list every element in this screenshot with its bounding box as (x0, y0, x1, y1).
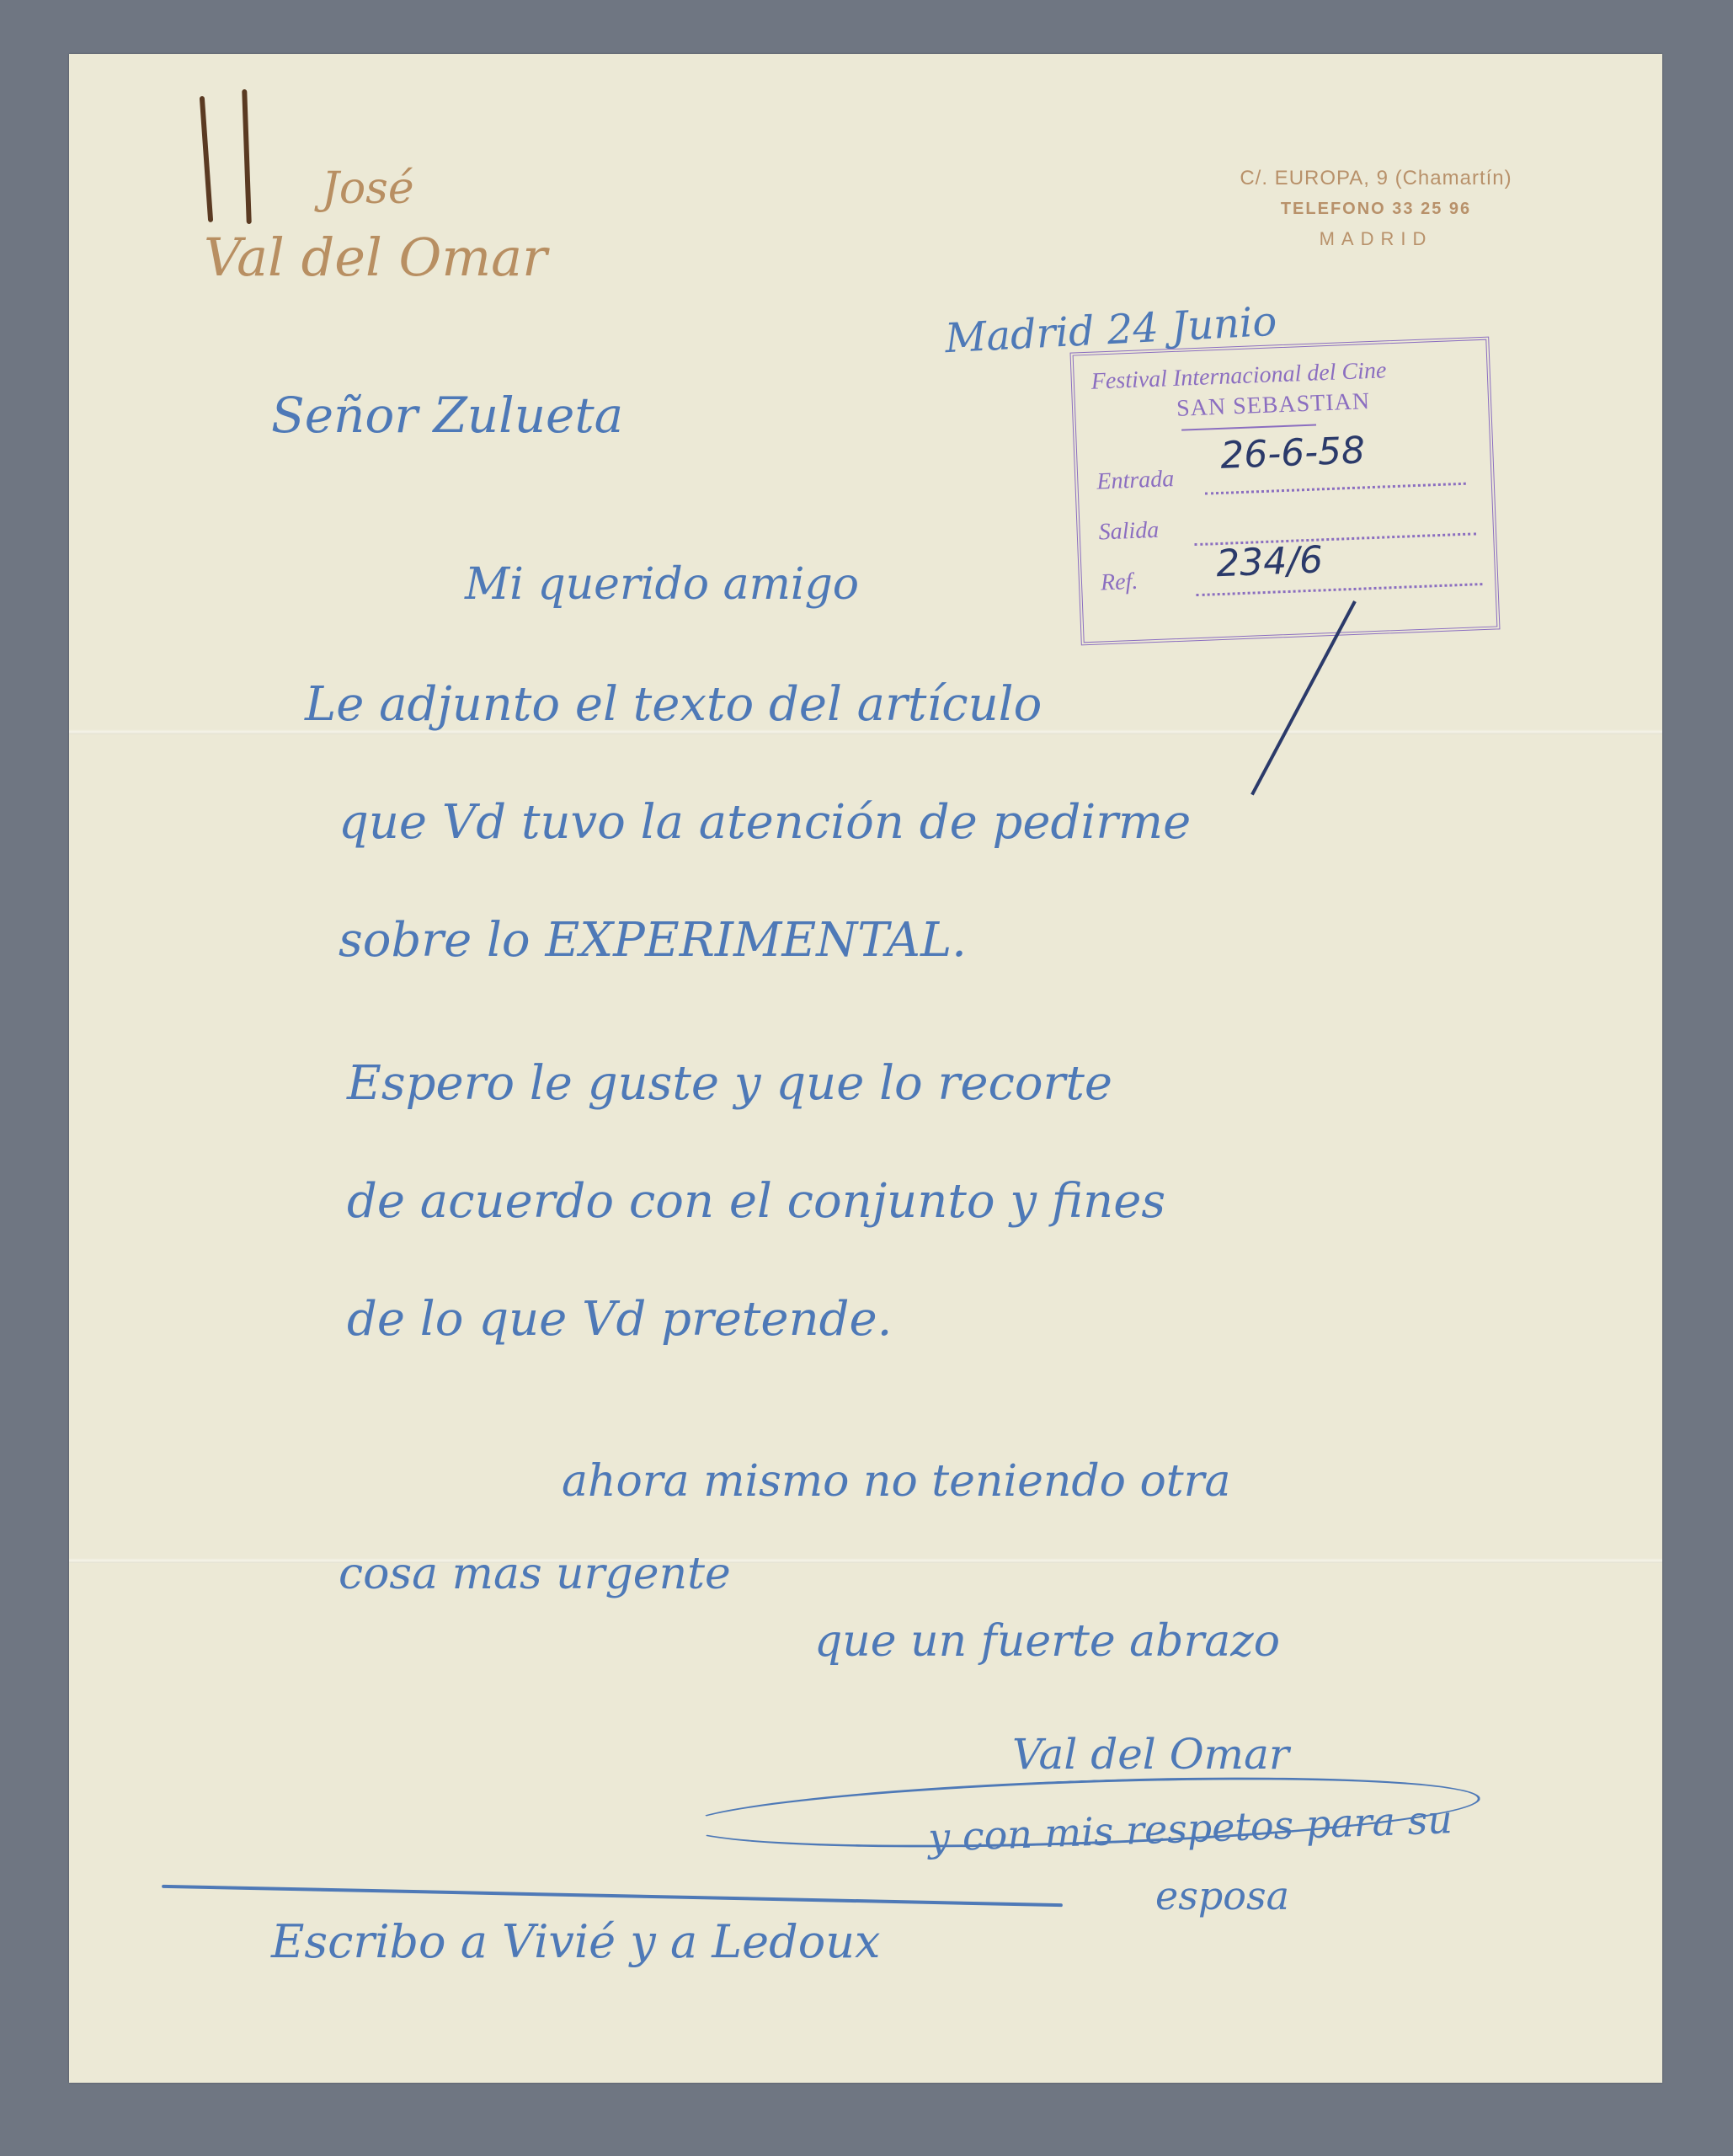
body-line: de lo que Vd pretende. (347, 1292, 892, 1347)
letterhead-address: C/. EUROPA, 9 (Chamartín) TELEFONO 33 25… (1174, 163, 1578, 254)
city-line: MADRID (1174, 224, 1578, 254)
letterhead-first-name: José (322, 163, 414, 214)
stamp-value-ref: 234/6 (1215, 538, 1324, 585)
postscript-divider (162, 1885, 1063, 1907)
body-line: cosa mas urgente (339, 1549, 731, 1599)
salutation: Señor Zulueta (271, 387, 623, 444)
stamp-label-salida: Salida (1098, 517, 1160, 547)
fold-line (69, 1558, 1662, 1563)
phone-line: TELEFONO 33 25 96 (1174, 194, 1578, 224)
closing-note-line: esposa (1155, 1873, 1289, 1919)
postscript: Escribo a Vivié y a Ledoux (271, 1915, 880, 1968)
reception-stamp: Festival Internacional del Cine SAN SEBA… (1070, 337, 1501, 646)
stamp-subtitle: SAN SEBASTIAN (1176, 388, 1371, 423)
body-line: que un fuerte abrazo (814, 1616, 1280, 1667)
letterhead-last-name: Val del Omar (204, 227, 547, 288)
signature: Val del Omar (1012, 1730, 1289, 1779)
body-line: de acuerdo con el conjunto y fines (347, 1174, 1165, 1229)
address-line: C/. EUROPA, 9 (Chamartín) (1174, 163, 1578, 194)
archive-marks (195, 96, 263, 231)
body-line: Le adjunto el texto del artículo (305, 677, 1042, 732)
stamp-label-ref: Ref. (1100, 568, 1138, 597)
body-line: Espero le guste y que lo recorte (347, 1056, 1112, 1111)
body-line: que Vd tuvo la atención de pedirme (339, 795, 1191, 850)
body-line: ahora mismo no teniendo otra (562, 1456, 1231, 1507)
body-greeting: Mi querido amigo (465, 559, 859, 610)
stamp-label-entrada: Entrada (1096, 466, 1175, 495)
letter-sheet: José Val del Omar C/. EUROPA, 9 (Chamart… (69, 54, 1662, 2083)
stamp-value-entrada: 26-6-58 (1219, 429, 1366, 478)
body-line: sobre lo EXPERIMENTAL. (339, 913, 967, 968)
